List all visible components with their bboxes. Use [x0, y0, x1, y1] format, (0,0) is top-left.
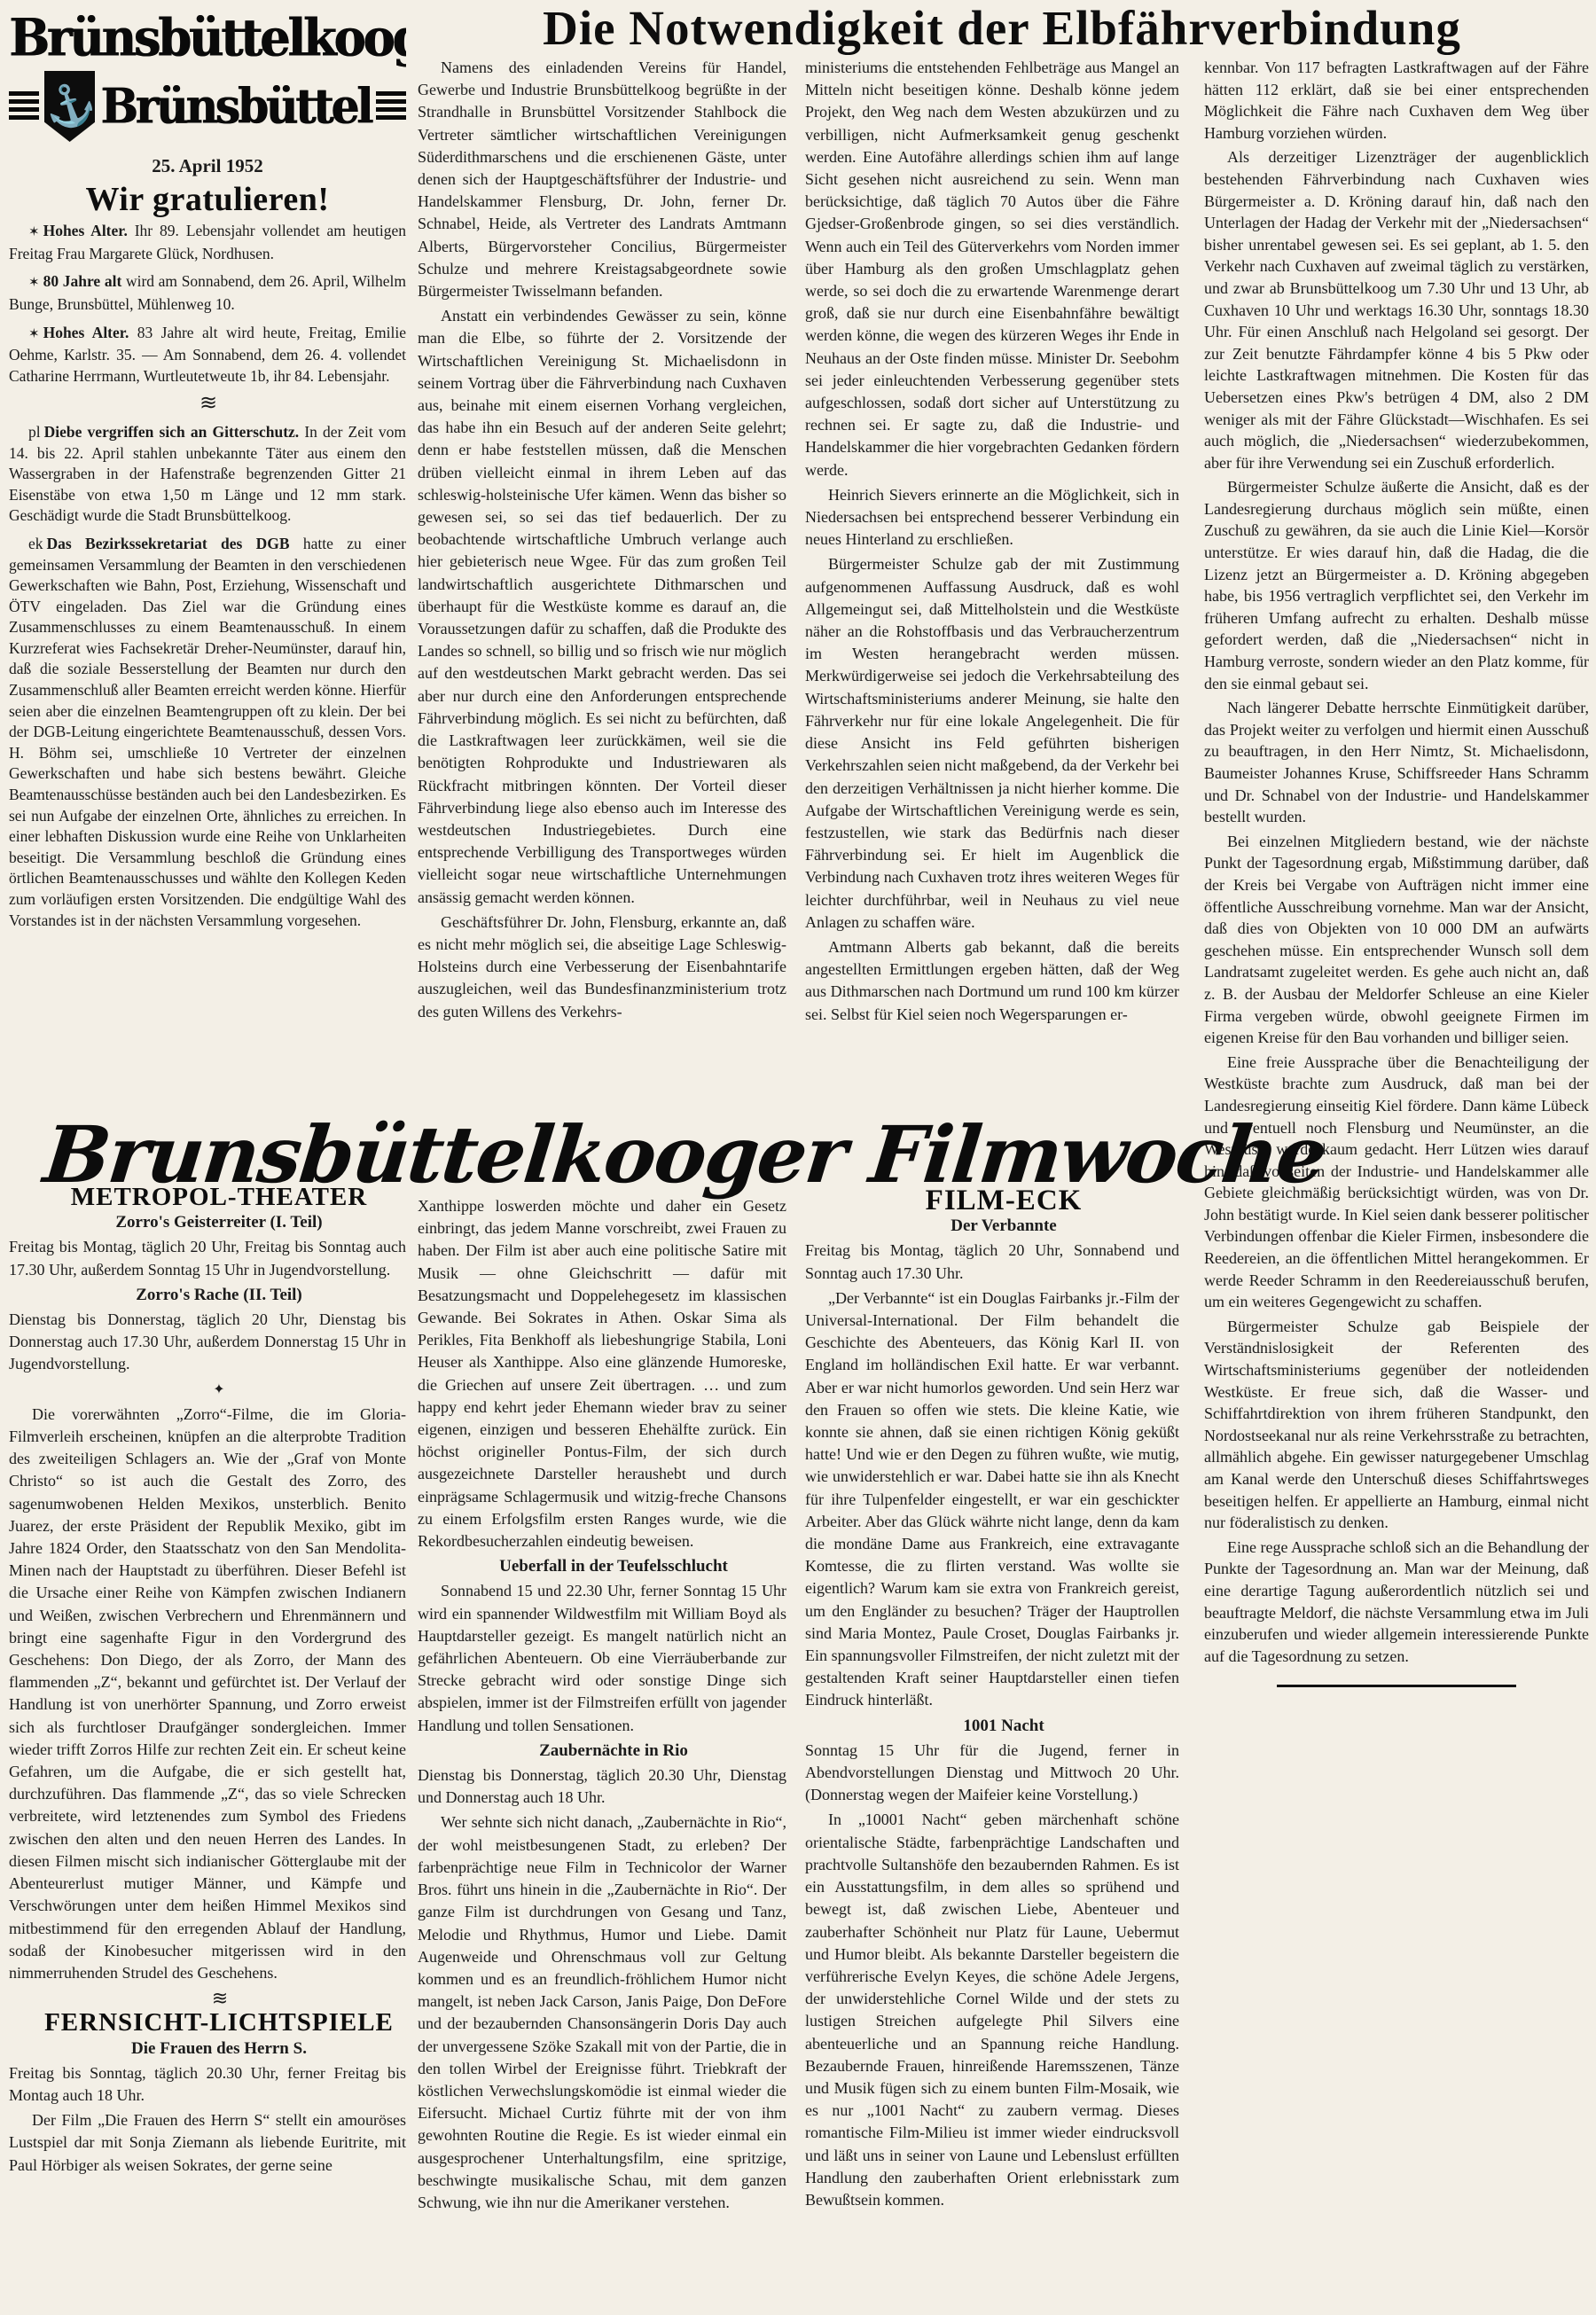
film-title: Zaubernächte in Rio [418, 1740, 786, 1762]
article-paragraph: Bürgermeister Schulze gab der mit Zustim… [805, 553, 1179, 933]
squiggle-divider: ≋ [9, 1987, 406, 2009]
film-review: „Der Verbannte“ ist ein Douglas Fairbank… [805, 1287, 1179, 1712]
news-bold: Diebe vergriffen sich an Gitterschutz. [44, 423, 300, 441]
film-review-continuation: Xanthippe loswerden möchte und daher ein… [418, 1195, 786, 1552]
main-headline: Die Notwendigkeit der Elbfährverbindung [408, 0, 1596, 55]
article-paragraph: Amtmann Alberts gab bekannt, daß die ber… [805, 936, 1179, 1026]
local-news-item: plDiebe vergriffen sich an Gitterschutz.… [9, 422, 406, 527]
filmweek-column-1: METROPOL-THEATER Zorro's Geisterreiter (… [9, 1186, 406, 2315]
film-review: Wer sehnte sich nicht danach, „Zaubernäc… [418, 1811, 786, 2214]
issue-date: 25. April 1952 [9, 156, 406, 177]
news-lead: pl [28, 423, 44, 441]
item-lead-bold: Hohes Alter. [43, 222, 128, 239]
congratulation-item: ✶Hohes Alter. Ihr 89. Lebensjahr vollend… [9, 221, 406, 264]
cinema-name-filmeck: FILM-ECK [805, 1190, 1179, 1212]
item-lead-bold: Hohes Alter. [43, 324, 129, 341]
stripe-ornament-left [9, 91, 39, 121]
local-news-item: ekDas Bezirkssekretariat des DGB hatte z… [9, 534, 406, 931]
article-paragraph: ministeriums die entstehenden Fehlbeträg… [805, 57, 1179, 481]
film-review: In „10001 Nacht“ geben märchenhaft schön… [805, 1809, 1179, 2211]
film-review: Die vorerwähnten „Zorro“-Filme, die im G… [9, 1404, 406, 1984]
anchor-emblem-icon: ⚓ [44, 71, 95, 142]
film-title: Der Verbannte [805, 1215, 1179, 1237]
item-lead-bold: 80 Jahre alt [43, 272, 122, 290]
filmweek-column-3: FILM-ECK Der Verbannte Freitag bis Monta… [805, 1190, 1179, 2315]
masthead-title-row: ⚓ Brünsbüttel [9, 69, 406, 144]
newspaper-page: Die Notwendigkeit der Elbfährverbindung … [0, 0, 1596, 2315]
article-paragraph: Nach längerer Debatte herrschte Einmütig… [1204, 697, 1589, 828]
filmweek-column-2: Xanthippe loswerden möchte und daher ein… [418, 1195, 786, 2315]
congratulations-heading: Wir gratulieren! [9, 190, 406, 211]
article-paragraph: Namens des einladenden Vereins für Hande… [418, 57, 786, 302]
article-paragraph: Bürgermeister Schulze gab Beispiele der … [1204, 1316, 1589, 1534]
congratulation-item: ✶Hohes Alter. 83 Jahre alt wird heute, F… [9, 323, 406, 387]
news-lead: ek [28, 535, 47, 552]
article-paragraph: Als derzeitiger Lizenzträger der augenbl… [1204, 146, 1589, 473]
film-review: Der Film „Die Frauen des Herrn S“ stellt… [9, 2109, 406, 2177]
film-showtimes: Freitag bis Montag, täglich 20 Uhr, Frei… [9, 1236, 406, 1280]
masthead-column: Brünsbüttelkoog ⚓ Brünsbüttel 25. April … [9, 11, 406, 1195]
film-title: Ueberfall in der Teufelsschlucht [418, 1555, 786, 1577]
film-showtimes: Freitag bis Sonntag, täglich 20.30 Uhr, … [9, 2062, 406, 2107]
news-bold: Das Bezirkssekretariat des DGB [47, 535, 290, 552]
film-title: Zorro's Rache (II. Teil) [9, 1284, 406, 1306]
anchor-icon: ⚓ [39, 79, 100, 133]
article-paragraph: Eine rege Aussprache schloß sich an die … [1204, 1537, 1589, 1668]
film-showtimes: Freitag bis Montag, täglich 20 Uhr, Sonn… [805, 1240, 1179, 1284]
film-review: Sonnabend 15 und 22.30 Uhr, ferner Sonnt… [418, 1580, 786, 1736]
film-title: Zorro's Geisterreiter (I. Teil) [9, 1211, 406, 1233]
film-showtimes: Sonntag 15 Uhr für die Jugend, ferner in… [805, 1740, 1179, 1807]
film-title: Die Frauen des Herrn S. [9, 2037, 406, 2060]
masthead-title-line1: Brünsbüttelkoog [9, 11, 406, 66]
article-paragraph: Geschäftsführer Dr. John, Flensburg, erk… [418, 911, 786, 1023]
article-paragraph: Bei einzelnen Mitgliedern bestand, wie d… [1204, 831, 1589, 1049]
congratulation-item: ✶80 Jahre alt wird am Sonnabend, dem 26.… [9, 271, 406, 315]
stripe-ornament-right [376, 91, 406, 121]
article-end-rule [1277, 1685, 1516, 1687]
article-paragraph: Bürgermeister Schulze äußerte die Ansich… [1204, 476, 1589, 694]
star-icon: ✶ [28, 276, 43, 290]
article-column-1: Namens des einladenden Vereins für Hande… [418, 57, 786, 1176]
news-text: hatte zu einer gemeinsamen Versammlung d… [9, 535, 406, 929]
cinema-name-fernsicht: FERNSICHT-LICHTSPIELE [9, 2012, 406, 2034]
article-paragraph: Heinrich Sievers erinnerte an die Möglic… [805, 484, 1179, 551]
article-paragraph: Anstatt ein verbindendes Gewässer zu sei… [418, 305, 786, 908]
star-divider-icon: ✦ [9, 1379, 406, 1401]
article-column-2: ministeriums die entstehenden Fehlbeträg… [805, 57, 1179, 1176]
star-icon: ✶ [28, 327, 43, 341]
squiggle-divider: ≋ [9, 394, 406, 415]
article-paragraph: kennbar. Von 117 befragten Lastkraftwage… [1204, 57, 1589, 144]
film-title: 1001 Nacht [805, 1715, 1179, 1737]
masthead-title-line2: Brünsbüttel [100, 95, 371, 117]
film-showtimes: Dienstag bis Donnerstag, täglich 20 Uhr,… [9, 1309, 406, 1376]
cinema-name-metropol: METROPOL-THEATER [9, 1186, 406, 1208]
film-showtimes: Dienstag bis Donnerstag, täglich 20.30 U… [418, 1764, 786, 1809]
star-icon: ✶ [28, 225, 43, 239]
